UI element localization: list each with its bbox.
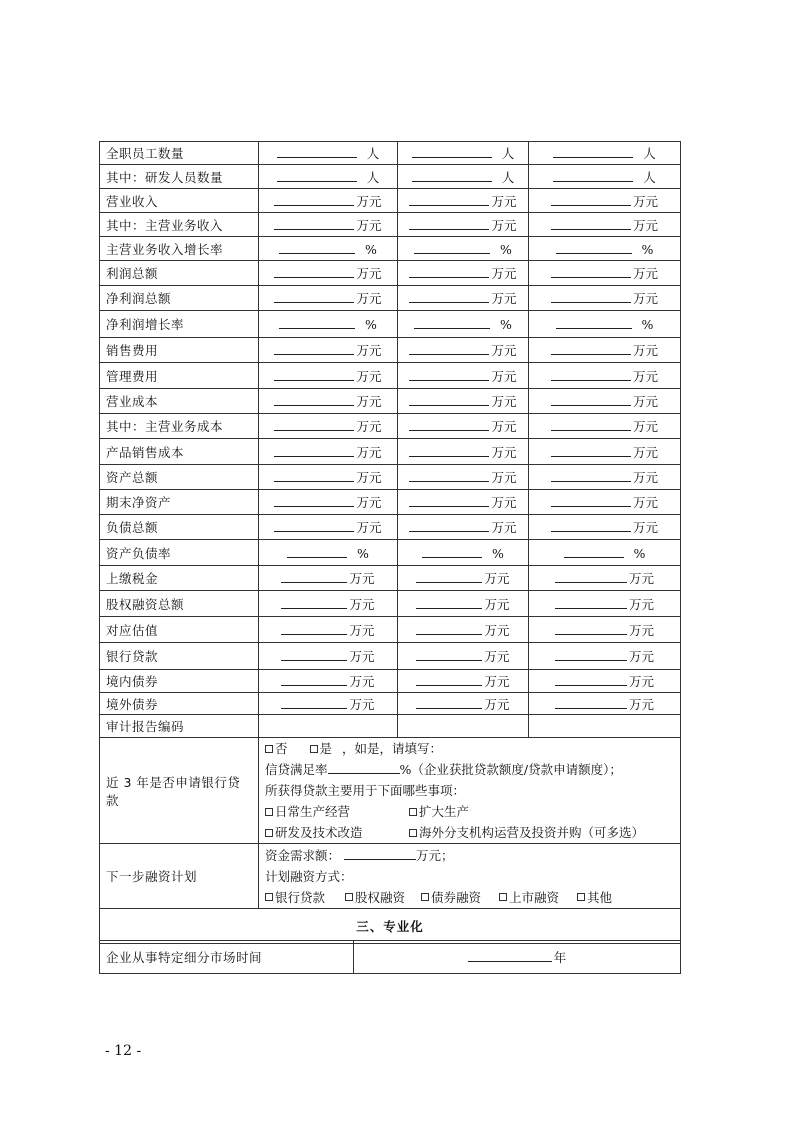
unit-label: 万元 [633, 445, 658, 460]
unit-label: 万元 [629, 649, 654, 664]
unit-label: 万元 [629, 697, 654, 712]
value-input[interactable] [555, 570, 627, 583]
value-cell-year-2: 万元 [398, 286, 529, 311]
value-cell-year-3: 万元 [529, 338, 681, 363]
value-input[interactable] [274, 193, 354, 206]
value-cell-year-1: 万元 [259, 363, 398, 389]
value-cell-year-2: 万元 [398, 389, 529, 414]
value-cell-year-1: % [259, 540, 398, 566]
value-input[interactable] [416, 596, 482, 609]
value-cell-year-3: 人 [529, 165, 681, 189]
financial-row: 资产总额万元万元万元 [100, 465, 681, 490]
value-input[interactable] [281, 673, 347, 686]
value-cell-year-3: % [529, 311, 681, 338]
unit-label: 万元 [491, 291, 516, 306]
financial-row: 银行贷款万元万元万元 [100, 643, 681, 670]
value-cell-year-3: 万元 [529, 465, 681, 490]
unit-label: 万元 [629, 623, 654, 638]
value-cell-year-2: 万元 [398, 261, 529, 286]
row-label: 股权融资总额 [100, 591, 259, 617]
financial-row: 境外债券万元万元万元 [100, 693, 681, 715]
row-label: 资产负债率 [100, 540, 259, 566]
unit-label: 万元 [349, 697, 374, 712]
value-cell-year-2: 万元 [398, 465, 529, 490]
value-input[interactable] [553, 169, 633, 182]
financial-row: 股权融资总额万元万元万元 [100, 591, 681, 617]
value-cell-year-1: 万元 [259, 414, 398, 439]
financial-row: 对应估值万元万元万元 [100, 617, 681, 643]
checkbox-icon[interactable] [265, 893, 273, 901]
value-input[interactable] [274, 368, 354, 381]
unit-label: 万元 [491, 266, 516, 281]
value-input[interactable] [274, 217, 354, 230]
audit-report-row: 审计报告编码 [100, 715, 681, 738]
method-label: 计划融资方式： [265, 866, 674, 887]
demand-unit: 万元； [416, 848, 454, 863]
value-cell-year-2: 万元 [398, 643, 529, 670]
value-input[interactable] [281, 570, 347, 583]
method-other[interactable]: 其他 [577, 887, 612, 908]
value-input[interactable] [412, 169, 492, 182]
value-input[interactable] [274, 418, 354, 431]
financial-rows: 全职员工数量人人人其中：研发人员数量人人人营业收入万元万元万元其中：主营业务收入… [100, 142, 681, 715]
value-cell-year-2: 万元 [398, 490, 529, 515]
value-cell-year-3: 万元 [529, 591, 681, 617]
value-input[interactable] [416, 622, 482, 635]
unit-label: 人 [502, 170, 515, 185]
value-cell-year-3: 万元 [529, 566, 681, 591]
value-input[interactable] [409, 265, 489, 278]
checkbox-icon[interactable] [421, 893, 429, 901]
checkbox-icon[interactable] [265, 829, 273, 837]
unit-label: 万元 [491, 218, 516, 233]
unit-label: 万元 [633, 495, 658, 510]
value-input[interactable] [555, 596, 627, 609]
value-input[interactable] [555, 673, 627, 686]
row-label: 期末净资产 [100, 490, 259, 515]
financial-row: 营业成本万元万元万元 [100, 389, 681, 414]
usage-option-expand-production[interactable]: 扩大生产 [409, 801, 469, 822]
value-input[interactable] [274, 290, 354, 303]
audit-report-field-2[interactable] [398, 715, 529, 738]
section-three-row: 三、专业化 [100, 909, 681, 944]
bank-loan-label: 近 3 年是否申请银行贷款 [100, 738, 259, 844]
checkbox-icon[interactable] [345, 893, 353, 901]
market-time-value: 年 [354, 941, 681, 974]
value-cell-year-3: 万元 [529, 515, 681, 540]
financial-row: 净利润增长率%%% [100, 311, 681, 338]
row-label: 主营业务收入增长率 [100, 237, 259, 261]
value-input[interactable] [274, 393, 354, 406]
unit-label: 万元 [633, 194, 658, 209]
value-cell-year-1: % [259, 237, 398, 261]
checkbox-icon[interactable] [409, 808, 417, 816]
unit-label: 万元 [484, 623, 509, 638]
checkbox-icon[interactable] [265, 745, 273, 753]
value-cell-year-1: 人 [259, 165, 398, 189]
bank-loan-row: 近 3 年是否申请银行贷款 否 是 ，如是，请填写： 信贷满足率%（企业获批贷款… [100, 738, 681, 844]
value-cell-year-1: 万元 [259, 213, 398, 237]
value-cell-year-3: % [529, 237, 681, 261]
value-input[interactable] [409, 469, 489, 482]
value-input[interactable] [551, 217, 631, 230]
value-cell-year-3: 万元 [529, 670, 681, 693]
option-yes[interactable]: 是 [310, 738, 333, 759]
value-input[interactable] [551, 290, 631, 303]
value-cell-year-2: 人 [398, 165, 529, 189]
row-label: 利润总额 [100, 261, 259, 286]
credit-rate-input[interactable] [328, 761, 400, 774]
financing-plan-details: 资金需求额：万元； 计划融资方式： 银行贷款 股权融资 债券融资 上市融资 其他 [259, 844, 681, 909]
unit-label: 人 [643, 146, 656, 161]
value-input[interactable] [556, 316, 632, 329]
value-input[interactable] [553, 145, 633, 158]
value-cell-year-1: 万元 [259, 439, 398, 465]
row-label: 负债总额 [100, 515, 259, 540]
row-label: 产品销售成本 [100, 439, 259, 465]
unit-label: 万元 [491, 520, 516, 535]
unit-label: 万元 [356, 369, 381, 384]
checkbox-icon[interactable] [265, 808, 273, 816]
unit-label: 万元 [349, 597, 374, 612]
value-cell-year-3: 万元 [529, 363, 681, 389]
row-label: 境内债券 [100, 670, 259, 693]
value-cell-year-2: 万元 [398, 414, 529, 439]
usage-option-daily-operations[interactable]: 日常生产经营 [265, 801, 405, 822]
value-input[interactable] [274, 342, 354, 355]
value-cell-year-2: 万元 [398, 363, 529, 389]
value-input[interactable] [551, 519, 631, 532]
value-cell-year-1: % [259, 311, 398, 338]
value-input[interactable] [274, 519, 354, 532]
value-cell-year-1: 万元 [259, 490, 398, 515]
row-label: 其中：研发人员数量 [100, 165, 259, 189]
section-title: 三、专业化 [100, 909, 681, 944]
value-cell-year-1: 万元 [259, 591, 398, 617]
credit-rate-suffix: %（企业获批贷款额度/贷款申请额度）； [400, 762, 622, 777]
unit-label: 万元 [633, 291, 658, 306]
market-time-label: 企业从事特定细分市场时间 [100, 941, 354, 974]
row-label: 净利润增长率 [100, 311, 259, 338]
unit-label: 万元 [484, 571, 509, 586]
usage-option-overseas[interactable]: 海外分支机构运营及投资并购（可多选） [409, 822, 644, 843]
audit-report-label: 审计报告编码 [100, 715, 259, 738]
row-label: 资产总额 [100, 465, 259, 490]
audit-report-field-3[interactable] [529, 715, 681, 738]
value-cell-year-1: 万元 [259, 670, 398, 693]
value-input[interactable] [281, 648, 347, 661]
unit-label: 万元 [484, 649, 509, 664]
unit-label: 万元 [491, 470, 516, 485]
unit-label: 万元 [629, 571, 654, 586]
unit-label: 万元 [491, 495, 516, 510]
value-input[interactable] [279, 241, 355, 254]
unit-label: 万元 [356, 520, 381, 535]
enterprise-info-form: 全职员工数量人人人其中：研发人员数量人人人营业收入万元万元万元其中：主营业务收入… [99, 141, 681, 944]
value-input[interactable] [564, 545, 624, 558]
row-label: 营业收入 [100, 189, 259, 213]
value-input[interactable] [409, 368, 489, 381]
row-label: 上缴税金 [100, 566, 259, 591]
value-cell-year-1: 万元 [259, 286, 398, 311]
unit-label: 万元 [491, 419, 516, 434]
value-cell-year-2: 万元 [398, 213, 529, 237]
value-cell-year-1: 人 [259, 142, 398, 165]
unit-label: 万元 [349, 623, 374, 638]
value-cell-year-3: 万元 [529, 189, 681, 213]
value-input[interactable] [277, 145, 357, 158]
value-cell-year-3: 万元 [529, 261, 681, 286]
financial-row: 产品销售成本万元万元万元 [100, 439, 681, 465]
row-label: 管理费用 [100, 363, 259, 389]
financial-row: 境内债券万元万元万元 [100, 670, 681, 693]
financial-row: 销售费用万元万元万元 [100, 338, 681, 363]
unit-label: 万元 [484, 674, 509, 689]
value-cell-year-3: 人 [529, 142, 681, 165]
checkbox-icon[interactable] [499, 893, 507, 901]
financial-row: 其中：研发人员数量人人人 [100, 165, 681, 189]
unit-label: % [365, 242, 377, 257]
method-bond[interactable]: 债券融资 [421, 887, 481, 908]
financing-plan-label: 下一步融资计划 [100, 844, 259, 909]
value-input[interactable] [422, 545, 482, 558]
value-cell-year-2: % [398, 311, 529, 338]
method-bank-loan[interactable]: 银行贷款 [265, 887, 325, 908]
unit-label: 万元 [356, 291, 381, 306]
checkbox-icon[interactable] [409, 829, 417, 837]
unit-label: 万元 [349, 571, 374, 586]
unit-label: % [500, 317, 512, 332]
unit-label: 人 [643, 170, 656, 185]
unit-label: 万元 [633, 218, 658, 233]
value-cell-year-2: 万元 [398, 693, 529, 715]
unit-label: 万元 [633, 394, 658, 409]
value-input[interactable] [555, 648, 627, 661]
value-input[interactable] [409, 444, 489, 457]
value-cell-year-2: 万元 [398, 566, 529, 591]
financial-row: 其中：主营业务收入万元万元万元 [100, 213, 681, 237]
value-input[interactable] [556, 241, 632, 254]
value-input[interactable] [281, 596, 347, 609]
unit-label: % [357, 546, 369, 561]
value-input[interactable] [274, 265, 354, 278]
unit-label: 万元 [356, 470, 381, 485]
method-ipo[interactable]: 上市融资 [499, 887, 559, 908]
value-input[interactable] [416, 648, 482, 661]
unit-label: 万元 [633, 369, 658, 384]
unit-label: 万元 [356, 495, 381, 510]
value-input[interactable] [551, 368, 631, 381]
unit-label: 万元 [356, 343, 381, 358]
value-input[interactable] [409, 494, 489, 507]
financial-row: 其中：主营业务成本万元万元万元 [100, 414, 681, 439]
unit-label: 万元 [491, 445, 516, 460]
value-input[interactable] [555, 696, 627, 709]
financial-row: 资产负债率%%% [100, 540, 681, 566]
value-cell-year-3: 万元 [529, 617, 681, 643]
value-input[interactable] [274, 494, 354, 507]
unit-label: % [365, 317, 377, 332]
value-cell-year-3: 万元 [529, 414, 681, 439]
financial-row: 全职员工数量人人人 [100, 142, 681, 165]
financial-row: 上缴税金万元万元万元 [100, 566, 681, 591]
unit-label: % [492, 546, 504, 561]
value-cell-year-1: 万元 [259, 261, 398, 286]
value-input[interactable] [409, 418, 489, 431]
unit-label: 人 [367, 146, 380, 161]
value-cell-year-1: 万元 [259, 389, 398, 414]
unit-label: 万元 [633, 343, 658, 358]
audit-report-field-1[interactable] [259, 715, 398, 738]
value-cell-year-1: 万元 [259, 515, 398, 540]
value-input[interactable] [409, 393, 489, 406]
value-cell-year-3: 万元 [529, 643, 681, 670]
financial-row: 利润总额万元万元万元 [100, 261, 681, 286]
value-input[interactable] [551, 193, 631, 206]
unit-label: 万元 [491, 194, 516, 209]
unit-label: 万元 [633, 419, 658, 434]
value-input[interactable] [274, 469, 354, 482]
value-cell-year-3: 万元 [529, 439, 681, 465]
market-time-row: 企业从事特定细分市场时间 年 [100, 941, 681, 974]
unit-label: 万元 [356, 194, 381, 209]
value-cell-year-1: 万元 [259, 338, 398, 363]
demand-label: 资金需求额： [265, 848, 340, 863]
value-input[interactable] [416, 696, 482, 709]
value-input[interactable] [277, 169, 357, 182]
option-no[interactable]: 否 [265, 738, 288, 759]
demand-amount-input[interactable] [344, 847, 416, 860]
method-equity[interactable]: 股权融资 [345, 887, 405, 908]
value-cell-year-2: 万元 [398, 439, 529, 465]
unit-label: 万元 [484, 697, 509, 712]
unit-label: % [500, 242, 512, 257]
value-cell-year-2: 万元 [398, 670, 529, 693]
unit-label: 万元 [633, 266, 658, 281]
value-input[interactable] [281, 696, 347, 709]
unit-label: 人 [502, 146, 515, 161]
value-cell-year-1: 万元 [259, 643, 398, 670]
value-cell-year-3: 万元 [529, 389, 681, 414]
value-cell-year-2: 万元 [398, 189, 529, 213]
financial-row: 主营业务收入增长率%%% [100, 237, 681, 261]
value-input[interactable] [416, 673, 482, 686]
financing-plan-row: 下一步融资计划 资金需求额：万元； 计划融资方式： 银行贷款 股权融资 债券融资… [100, 844, 681, 909]
value-input[interactable] [409, 193, 489, 206]
market-time-input[interactable] [468, 949, 552, 962]
value-cell-year-1: 万元 [259, 189, 398, 213]
row-label: 境外债券 [100, 693, 259, 715]
value-input[interactable] [274, 444, 354, 457]
value-input[interactable] [551, 494, 631, 507]
value-input[interactable] [416, 570, 482, 583]
value-input[interactable] [287, 545, 347, 558]
unit-label: % [634, 546, 646, 561]
value-input[interactable] [412, 145, 492, 158]
value-input[interactable] [414, 241, 490, 254]
value-cell-year-2: 万元 [398, 338, 529, 363]
row-label: 其中：主营业务收入 [100, 213, 259, 237]
unit-label: 万元 [356, 419, 381, 434]
value-cell-year-2: 万元 [398, 591, 529, 617]
row-label: 销售费用 [100, 338, 259, 363]
row-label: 其中：主营业务成本 [100, 414, 259, 439]
bank-loan-details: 否 是 ，如是，请填写： 信贷满足率%（企业获批贷款额度/贷款申请额度）； 所获… [259, 738, 681, 844]
unit-label: 万元 [356, 445, 381, 460]
unit-label: 万元 [349, 649, 374, 664]
unit-label: 万元 [491, 394, 516, 409]
value-cell-year-1: 万元 [259, 465, 398, 490]
financial-row: 管理费用万元万元万元 [100, 363, 681, 389]
unit-label: % [642, 242, 654, 257]
financial-row: 负债总额万元万元万元 [100, 515, 681, 540]
financial-row: 净利润总额万元万元万元 [100, 286, 681, 311]
usage-option-rd[interactable]: 研发及技术改造 [265, 822, 405, 843]
value-input[interactable] [409, 290, 489, 303]
value-input[interactable] [551, 418, 631, 431]
market-time-table: 企业从事特定细分市场时间 年 [99, 940, 681, 974]
value-input[interactable] [409, 519, 489, 532]
value-input[interactable] [409, 217, 489, 230]
financial-row: 期末净资产万元万元万元 [100, 490, 681, 515]
value-cell-year-3: 万元 [529, 693, 681, 715]
unit-label: 万元 [349, 674, 374, 689]
row-label: 营业成本 [100, 389, 259, 414]
credit-rate-label: 信贷满足率 [265, 762, 328, 777]
value-input[interactable] [551, 393, 631, 406]
value-cell-year-1: 万元 [259, 566, 398, 591]
row-label: 全职员工数量 [100, 142, 259, 165]
row-label: 银行贷款 [100, 643, 259, 670]
row-label: 净利润总额 [100, 286, 259, 311]
row-label: 对应估值 [100, 617, 259, 643]
unit-label: % [642, 317, 654, 332]
value-cell-year-3: 万元 [529, 286, 681, 311]
unit-label: 人 [367, 170, 380, 185]
value-input[interactable] [551, 265, 631, 278]
value-cell-year-3: 万元 [529, 213, 681, 237]
value-cell-year-2: 万元 [398, 515, 529, 540]
unit-label: 万元 [484, 597, 509, 612]
value-cell-year-3: % [529, 540, 681, 566]
unit-label: 万元 [633, 470, 658, 485]
unit-label: 万元 [633, 520, 658, 535]
unit-label: 万元 [356, 394, 381, 409]
value-input[interactable] [409, 342, 489, 355]
unit-label: 万元 [491, 369, 516, 384]
value-input[interactable] [555, 622, 627, 635]
value-input[interactable] [551, 444, 631, 457]
value-input[interactable] [551, 469, 631, 482]
page-number: - 12 - [105, 1043, 141, 1059]
unit-label: 万元 [356, 218, 381, 233]
value-cell-year-1: 万元 [259, 693, 398, 715]
value-cell-year-3: 万元 [529, 490, 681, 515]
unit-label: 万元 [356, 266, 381, 281]
checkbox-icon[interactable] [577, 893, 585, 901]
value-cell-year-2: 人 [398, 142, 529, 165]
value-input[interactable] [414, 316, 490, 329]
checkbox-icon[interactable] [310, 745, 318, 753]
if-yes-text: ，如是，请填写： [342, 741, 442, 756]
value-input[interactable] [281, 622, 347, 635]
unit-label: 万元 [629, 597, 654, 612]
usage-question: 所获得贷款主要用于下面哪些事项： [265, 780, 674, 801]
value-input[interactable] [551, 342, 631, 355]
financial-row: 营业收入万元万元万元 [100, 189, 681, 213]
value-input[interactable] [279, 316, 355, 329]
unit-label: 万元 [491, 343, 516, 358]
